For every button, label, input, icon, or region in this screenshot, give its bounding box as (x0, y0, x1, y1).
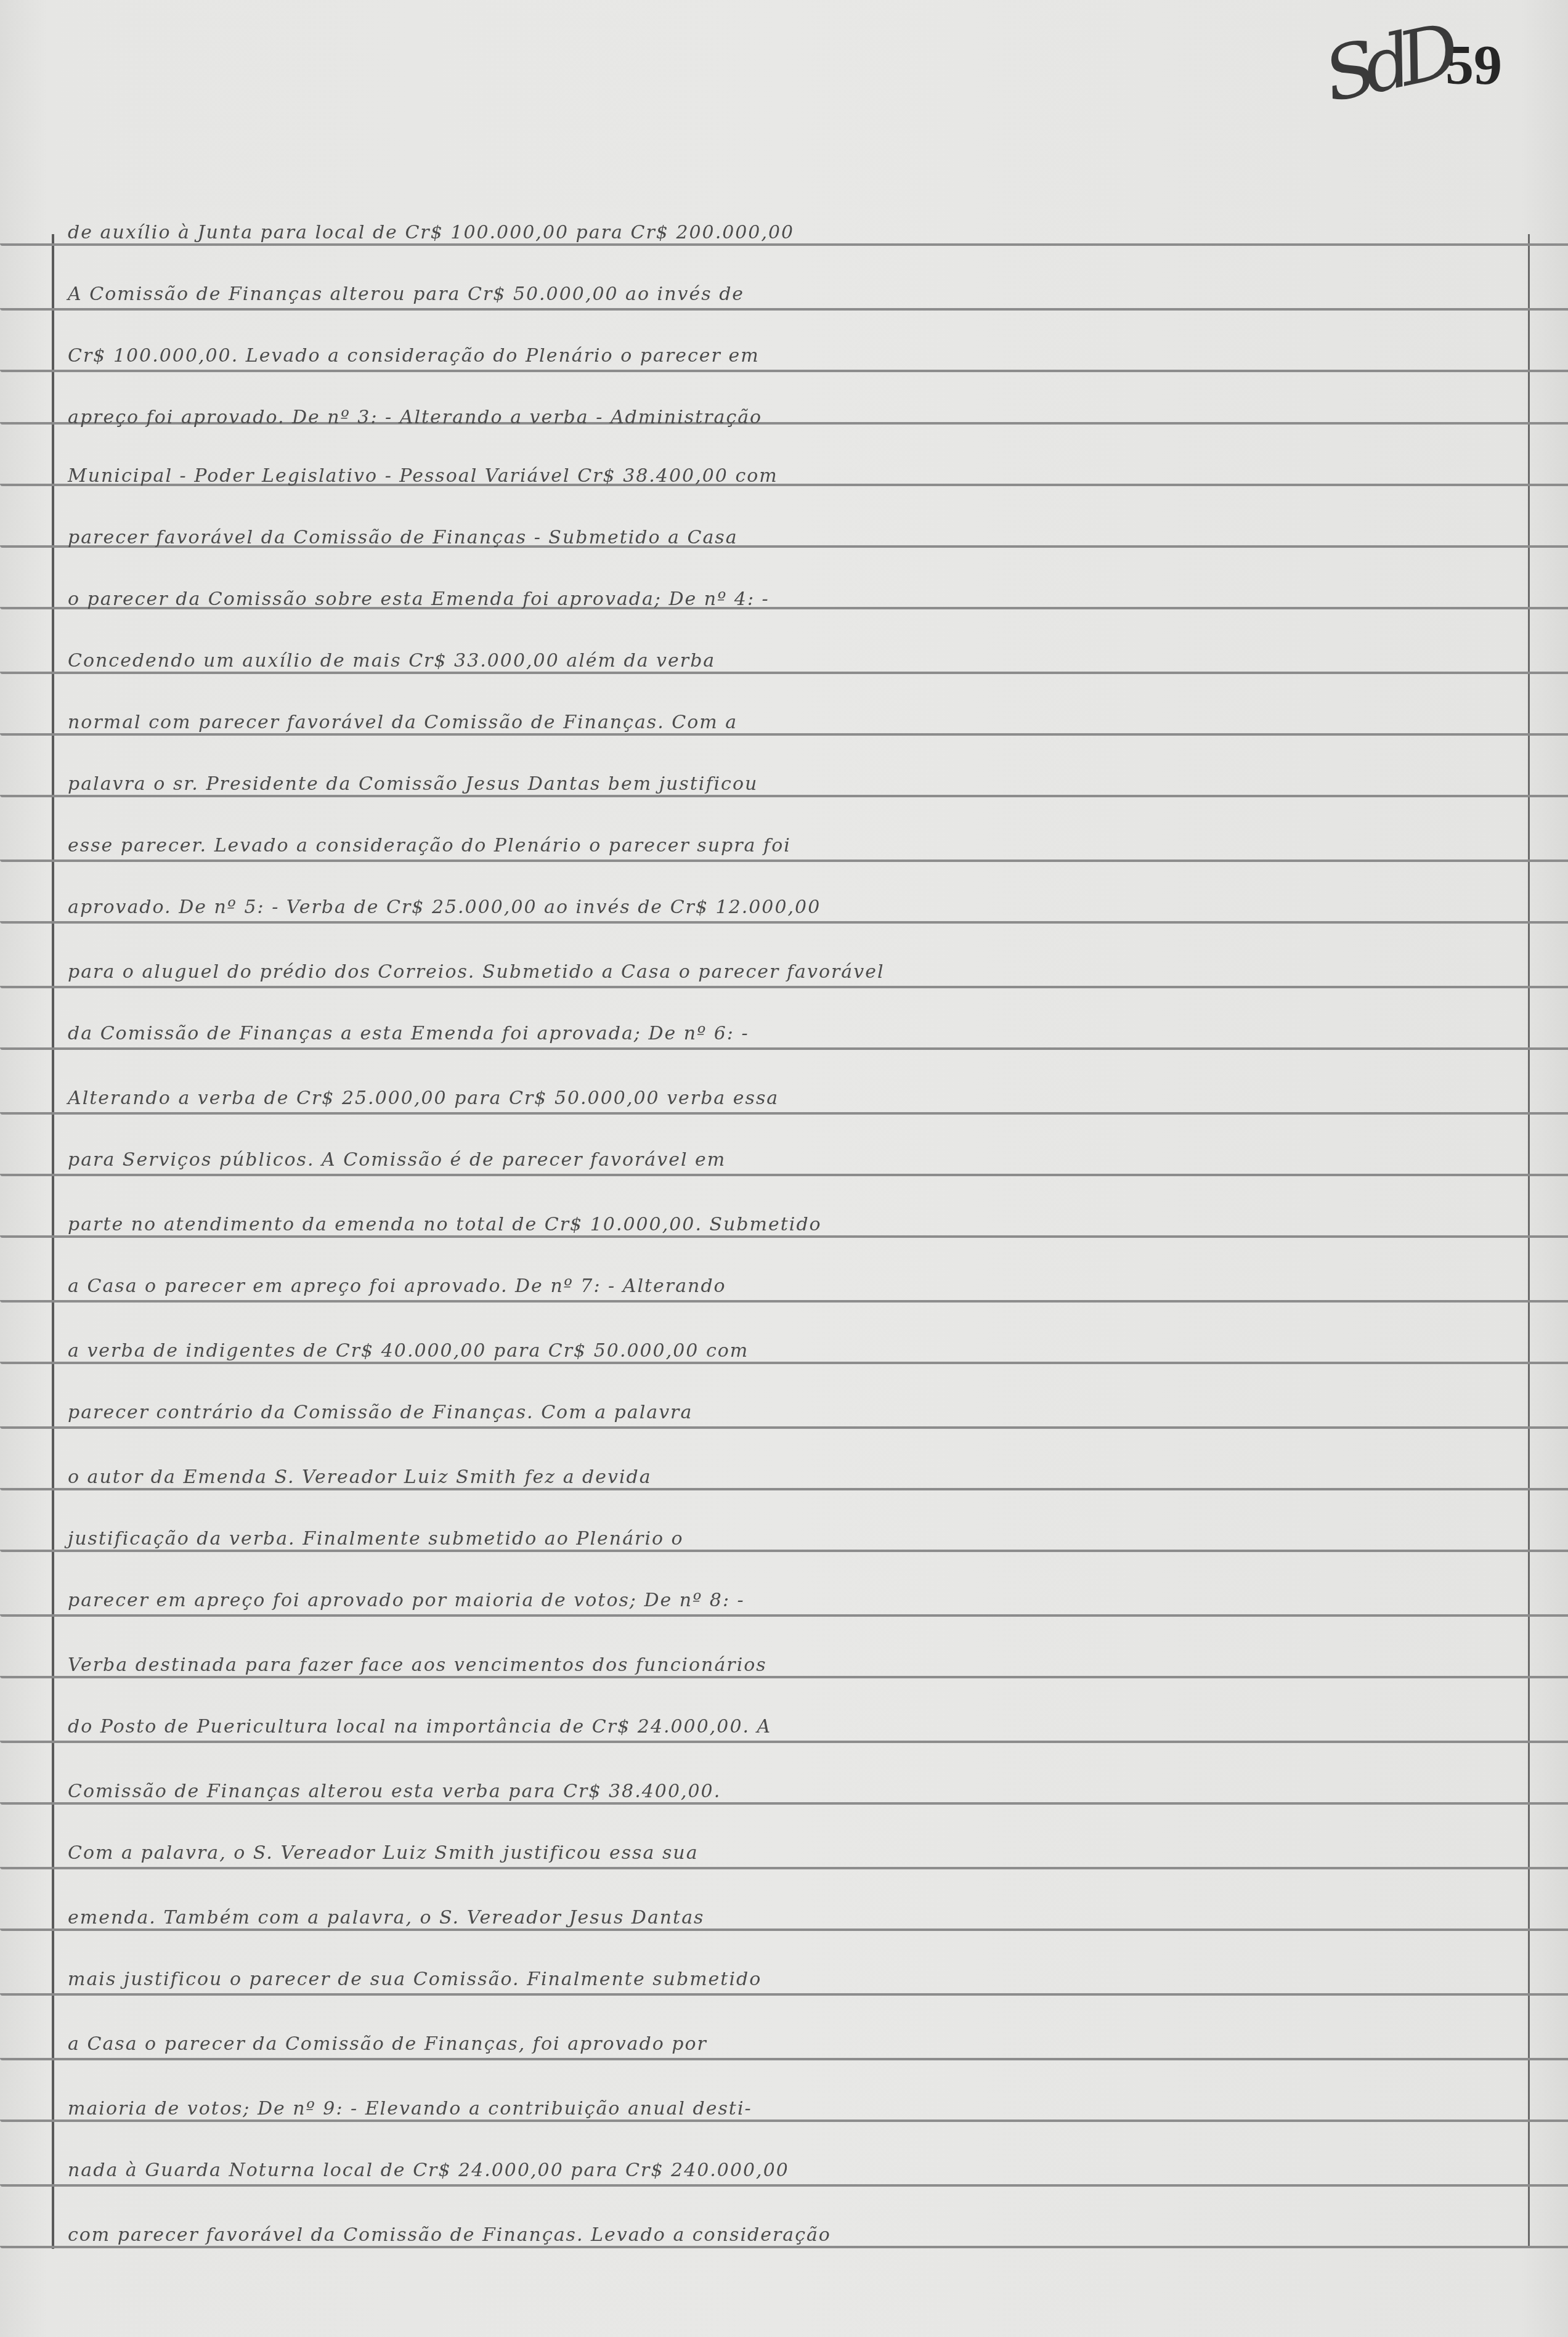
ledger-page: SdD 59 de auxílio à Junta para local de … (0, 0, 1568, 2337)
text-line: com parecer favorável da Comissão de Fin… (68, 2135, 1540, 2258)
clerk-initials: SdD (1317, 10, 1450, 118)
left-margin-line (52, 234, 54, 2249)
folio-stamp: SdD 59 (1325, 18, 1546, 111)
